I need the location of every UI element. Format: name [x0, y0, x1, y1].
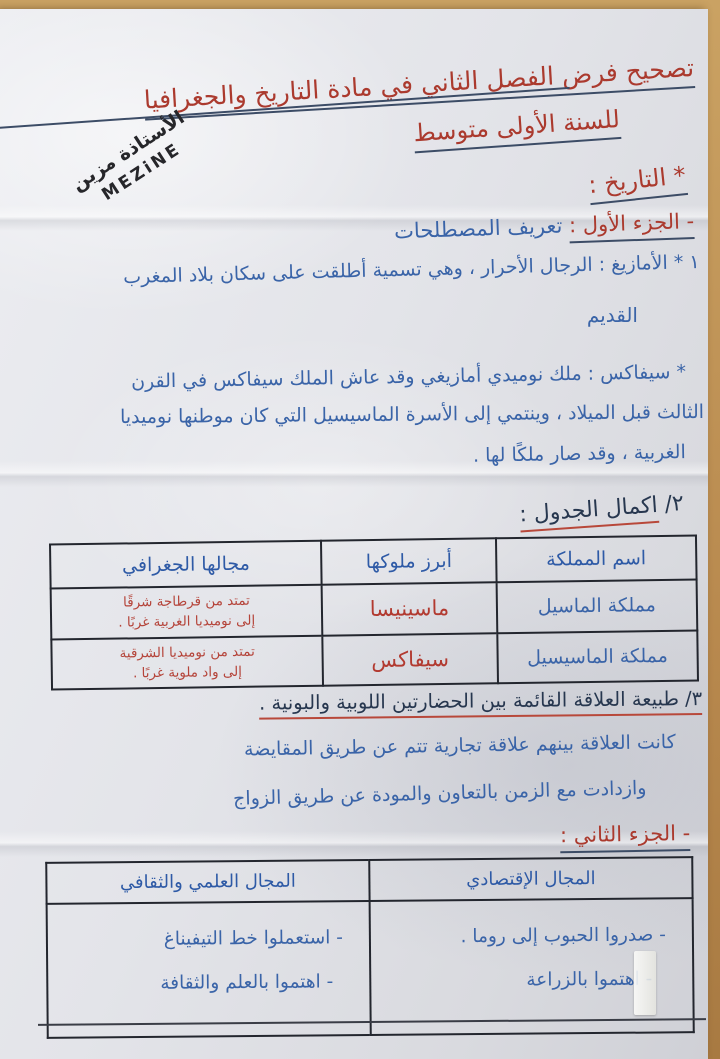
list-item: - صدروا الحبوب إلى روما . [379, 913, 666, 960]
list-item: - استعملوا خط التيفيناغ [56, 916, 343, 963]
definition-syphax-line3: الغربية ، وقد صار ملكًا لها . [473, 441, 686, 467]
q3-heading: ٣/ طبيعة العلاقة القائمة بين الحضارتين ا… [259, 687, 702, 715]
paper-crease [0, 461, 708, 487]
table-row: - صدروا الحبوب إلى روما . - اهتموا بالزر… [47, 898, 694, 1038]
col-scientific-domain: المجال العلمي والثقافي [46, 860, 369, 904]
domains-table-grid: المجال الإقتصادي المجال العلمي والثقافي … [45, 856, 695, 1039]
col-top-kings: أبرز ملوكها [321, 538, 496, 584]
geo-area-cell: تمتد من قرطاجة شرقًا إلى نوميديا الغربية… [51, 585, 323, 639]
col-kingdom-name: اسم المملكة [496, 535, 697, 582]
king-name-cell: ماسينيسا [322, 582, 497, 635]
domains-header-row: المجال الإقتصادي المجال العلمي والثقافي [46, 857, 692, 904]
table-row: مملكة الماسيسيل سيفاكس تمتد من نوميديا ا… [51, 630, 698, 690]
domains-table: المجال الإقتصادي المجال العلمي والثقافي … [45, 856, 695, 1039]
definition-amazigh-line2: القديم [587, 303, 638, 327]
col-economic-domain: المجال الإقتصادي [369, 857, 692, 901]
geo-line: إلى نوميديا الغربية غربًا . [54, 610, 320, 634]
photo-of-exam-sheet: { "palette": { "red_ink": "#ab3a2e", "bl… [0, 0, 720, 1059]
geo-area-cell: تمتد من نوميديا الشرقية إلى واد ملوية غر… [51, 635, 323, 689]
history-heading-text: * التاريخ : [587, 161, 688, 205]
subtitle-text: للسنة الأولى متوسط [413, 105, 622, 153]
part2-heading: - الجزء الثاني : [560, 821, 691, 847]
paper-sheet: تصحيح فرض الفصل الثاني في مادة التاريخ و… [0, 9, 708, 1059]
part1-label: - الجزء الأول : [569, 209, 695, 243]
q3-heading-text: ٣/ طبيعة العلاقة القائمة بين الحضارتين ا… [259, 687, 702, 720]
kingdom-name-cell: مملكة الماسيل [496, 579, 697, 632]
definition-amazigh-line1: ١ * الأمازيغ : الرجال الأحرار ، وهي تسمي… [123, 251, 700, 288]
q3-answer-line2: وازدادت مع الزمن بالتعاون والمودة عن طري… [232, 777, 646, 810]
definition-syphax-line2: الثالث قبل الميلاد ، وينتمي إلى الأسرة ا… [120, 401, 704, 428]
kingdom-name-cell: مملكة الماسيسيل [497, 630, 698, 683]
tape-artifact [634, 951, 656, 1015]
kingdoms-table: اسم المملكة أبرز ملوكها مجالها الجغرافي … [49, 534, 699, 690]
part1-heading: - الجزء الأول : تعريف المصطلحات [394, 209, 695, 243]
list-item: - اهتموا بالزراعة [379, 958, 652, 1005]
scientific-domain-cell: - استعملوا خط التيفيناغ - اهتموا بالعلم … [47, 901, 371, 1038]
q2-number: ٢/ [657, 491, 685, 518]
part1-title: تعريف المصطلحات [394, 213, 570, 243]
history-section-heading: * التاريخ : [587, 161, 687, 199]
part2-heading-text: - الجزء الثاني : [560, 821, 691, 853]
list-item: - اهتموا بالعلم والثقافة [56, 961, 333, 1008]
table-row: مملكة الماسيل ماسينيسا تمتد من قرطاجة شر… [51, 579, 698, 639]
q3-answer-line1: كانت العلاقة بينهم علاقة تجارية تتم عن ط… [244, 731, 676, 761]
col-geographic-area: مجالها الجغرافي [50, 541, 322, 589]
geo-line: إلى واد ملوية غربًا . [55, 661, 321, 685]
q2-heading: ٢/ اكمال الجدول : [519, 491, 685, 527]
kingdoms-table-grid: اسم المملكة أبرز ملوكها مجالها الجغرافي … [49, 534, 699, 690]
king-name-cell: سيفاكس [323, 633, 498, 686]
q2-heading-text: اكمال الجدول : [519, 493, 659, 533]
page-title-line2: للسنة الأولى متوسط [413, 105, 621, 147]
definition-syphax-line1: * سيفاكس : ملك نوميدي أمازيغي وقد عاش ال… [131, 361, 686, 393]
